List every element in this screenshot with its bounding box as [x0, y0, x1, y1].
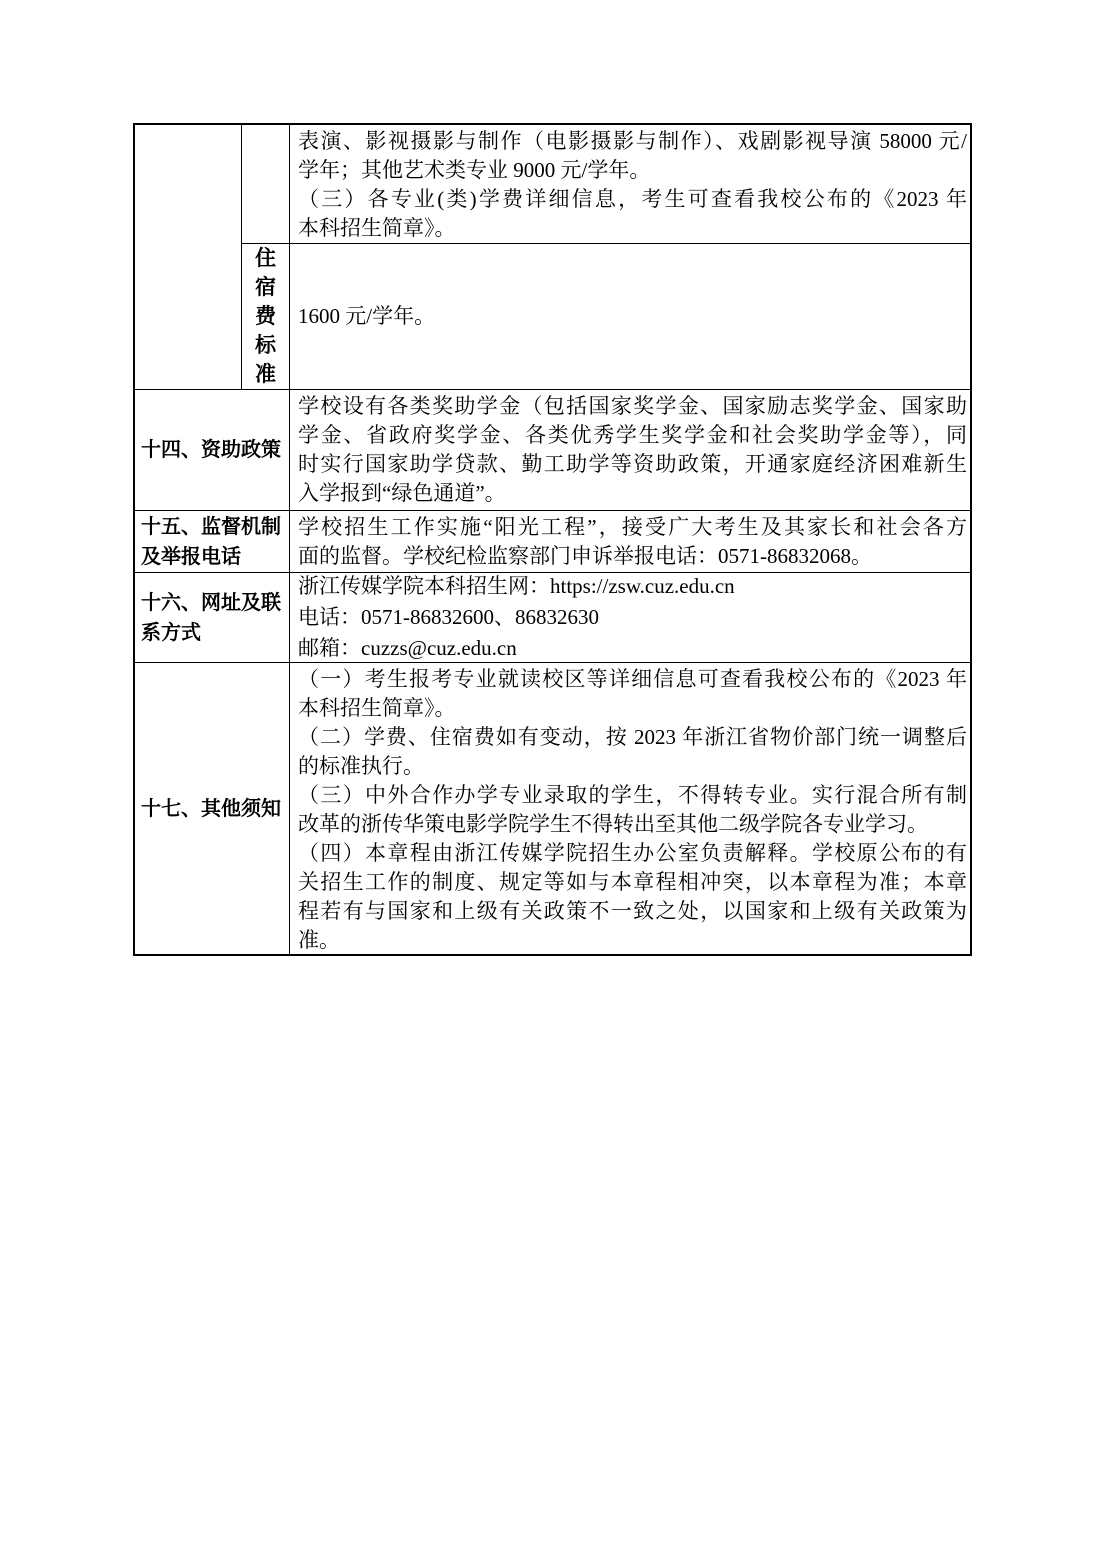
text-line: 1600 元/学年。 — [298, 302, 967, 331]
text-line: （二）学费、住宿费如有变动，按 2023 年浙江省物价部门统一调整后 — [298, 723, 967, 752]
text-line: （一）考生报考专业就读校区等详细信息可查看我校公布的《2023 年 — [298, 665, 967, 694]
row-label-accommodation-fee: 住 宿 费 标 准 — [242, 244, 290, 390]
text-line: 学校招生工作实施“阳光工程”，接受广大考生及其家长和社会各方 — [298, 513, 967, 542]
vertical-label-char: 标 — [242, 331, 289, 360]
row-label-text: 十四、资助政策 — [141, 435, 289, 465]
row-label-17-other-notes: 十七、其他须知 — [135, 663, 290, 954]
row-label-text: 系方式 — [141, 618, 289, 648]
cell-fees-spacer-col1 — [135, 125, 242, 390]
text-line: 表演、影视摄影与制作（电影摄影与制作）、戏剧影视导演 58000 元/ — [298, 127, 967, 156]
text-line: 关招生工作的制度、规定等如与本章程相冲突，以本章程为准；本章 — [298, 868, 967, 897]
text-line: 入学报到“绿色通道”。 — [298, 479, 967, 508]
row-label-15-supervision: 十五、监督机制 及举报电话 — [135, 511, 290, 573]
contact-email: 邮箱：cuzzs@cuz.edu.cn — [298, 633, 967, 663]
vertical-label-char: 宿 — [242, 273, 289, 302]
text-line: 程若有与国家和上级有关政策不一致之处，以国家和上级有关政策为 — [298, 897, 967, 926]
row-label-text: 十五、监督机制 — [141, 512, 289, 542]
text-line: （三）各专业(类)学费详细信息，考生可查看我校公布的《2023 年 — [298, 185, 967, 214]
contact-phone-numbers: 电话：0571-86832600、86832630 — [298, 602, 967, 633]
cell-other-notes-content: （一）考生报考专业就读校区等详细信息可查看我校公布的《2023 年 本科招生简章… — [290, 663, 970, 954]
cell-funding-policy-content: 学校设有各类奖助学金（包括国家奖学金、国家励志奖学金、国家助 学金、省政府奖学金… — [290, 390, 970, 511]
text-line: 本科招生简章》。 — [298, 214, 967, 243]
cell-tuition-content: 表演、影视摄影与制作（电影摄影与制作）、戏剧影视导演 58000 元/ 学年；其… — [290, 125, 970, 244]
text-line: 学金、省政府奖学金、各类优秀学生奖学金和社会奖助学金等），同 — [298, 421, 967, 450]
row-label-14-funding-policy: 十四、资助政策 — [135, 390, 290, 511]
cell-tuition-sublabel-spacer — [242, 125, 290, 244]
cell-contact-content: 浙江传媒学院本科招生网：https://zsw.cuz.edu.cn 电话：05… — [290, 573, 970, 663]
text-line: （四）本章程由浙江传媒学院招生办公室负责解释。学校原公布的有 — [298, 839, 967, 868]
text-line: 准。 — [298, 926, 967, 954]
text-line: 学校设有各类奖助学金（包括国家奖学金、国家励志奖学金、国家助 — [298, 392, 967, 421]
admissions-charter-table: 表演、影视摄影与制作（电影摄影与制作）、戏剧影视导演 58000 元/ 学年；其… — [133, 123, 972, 956]
admissions-website-url: 浙江传媒学院本科招生网：https://zsw.cuz.edu.cn — [298, 573, 967, 602]
row-label-text: 十六、网址及联 — [141, 588, 289, 618]
text-line: 本科招生简章》。 — [298, 694, 967, 723]
vertical-label-char: 住 — [242, 244, 289, 273]
document-page: { "document": { "background": "#ffffff",… — [0, 0, 1102, 1559]
cell-accommodation-content: 1600 元/学年。 — [290, 244, 970, 390]
cell-supervision-content: 学校招生工作实施“阳光工程”，接受广大考生及其家长和社会各方 面的监督。学校纪检… — [290, 511, 970, 573]
text-line: 的标准执行。 — [298, 752, 967, 781]
vertical-label-char: 准 — [242, 360, 289, 389]
vertical-label-char: 费 — [242, 302, 289, 331]
row-label-text: 十七、其他须知 — [141, 794, 289, 824]
text-line: （三）中外合作办学专业录取的学生，不得转专业。实行混合所有制 — [298, 781, 967, 810]
text-line: 面的监督。学校纪检监察部门申诉举报电话：0571-86832068。 — [298, 542, 967, 571]
row-label-text: 及举报电话 — [141, 542, 289, 572]
text-line: 时实行国家助学贷款、勤工助学等资助政策，开通家庭经济困难新生 — [298, 450, 967, 479]
text-line: 改革的浙传华策电影学院学生不得转出至其他二级学院各专业学习。 — [298, 810, 967, 839]
row-label-16-contact: 十六、网址及联 系方式 — [135, 573, 290, 663]
text-line: 学年；其他艺术类专业 9000 元/学年。 — [298, 156, 967, 185]
